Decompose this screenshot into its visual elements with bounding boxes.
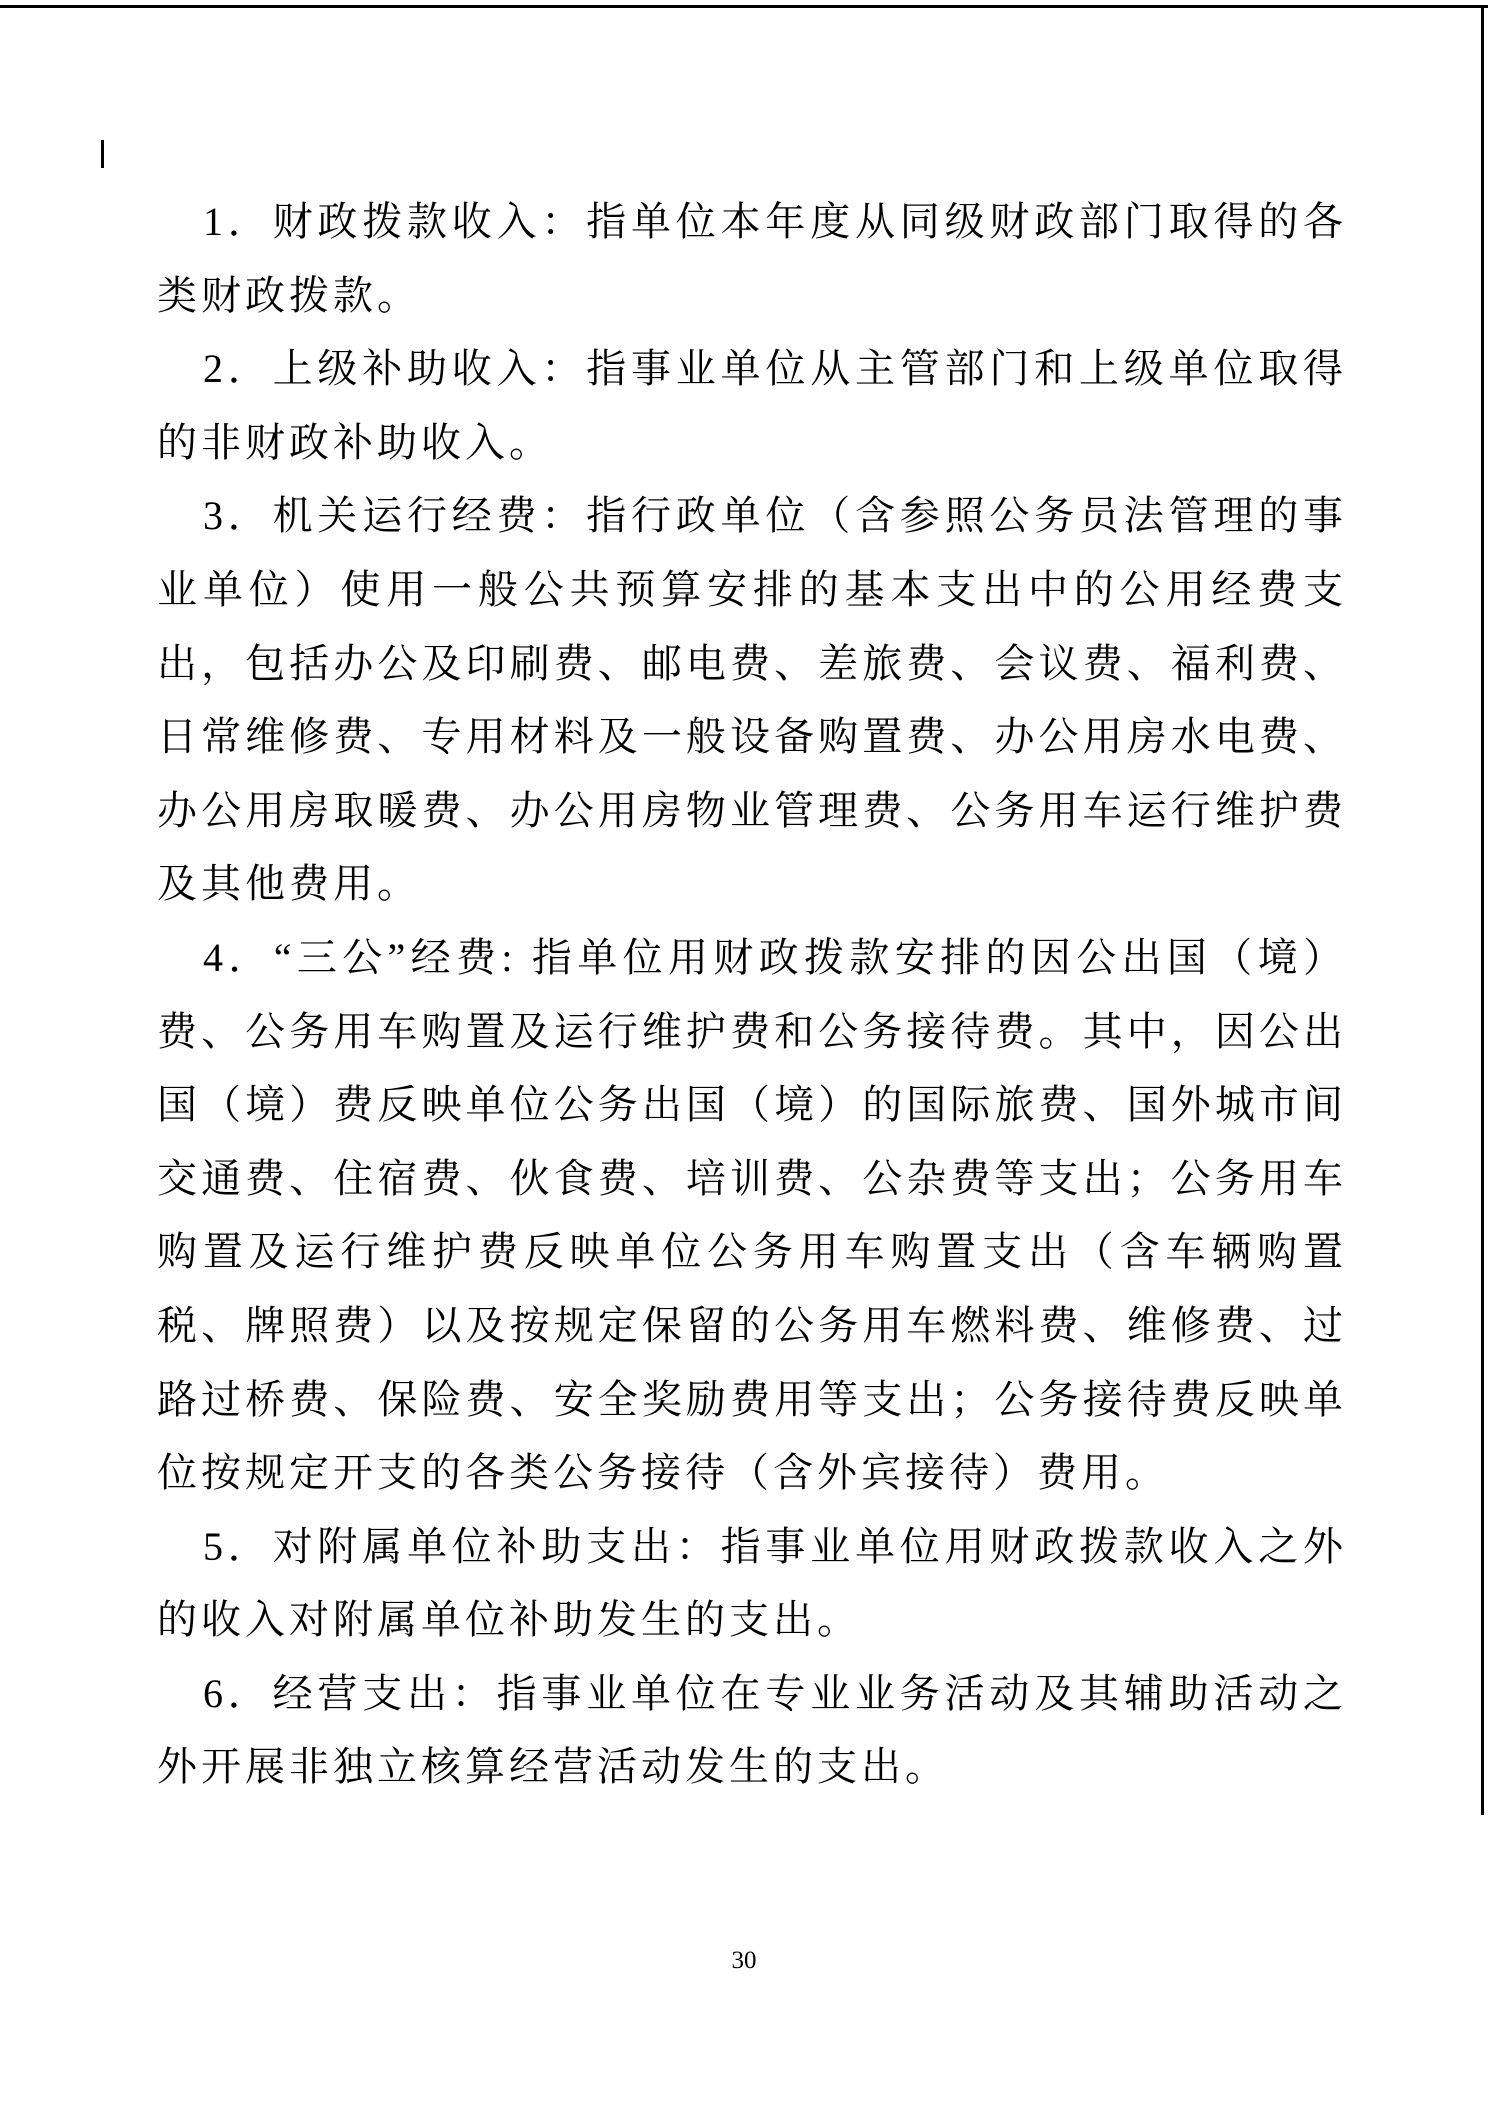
body-text: 1．财政拨款收入：指单位本年度从同级财政部门取得的各类财政拨款。 2．上级补助收… — [157, 185, 1347, 1804]
paragraph-operating-expenditure: 6．经营支出：指事业单位在专业业务活动及其辅助活动之外开展非独立核算经营活动发生… — [157, 1657, 1347, 1804]
document-page: 1．财政拨款收入：指单位本年度从同级财政部门取得的各类财政拨款。 2．上级补助收… — [0, 0, 1488, 2104]
paragraph-three-public-expenses: 4．“三公”经费: 指单位用财政拨款安排的因公出国（境）费、公务用车购置及运行维… — [157, 921, 1347, 1510]
paragraph-superior-subsidy-income: 2．上级补助收入：指事业单位从主管部门和上级单位取得的非财政补助收入。 — [157, 332, 1347, 479]
page-number: 30 — [0, 1946, 1488, 1976]
paragraph-agency-operating-expenses: 3．机关运行经费：指行政单位（含参照公务员法管理的事业单位）使用一般公共预算安排… — [157, 479, 1347, 921]
scan-artifact-mark — [101, 140, 104, 168]
page-right-border-line — [1481, 5, 1484, 1815]
paragraph-fiscal-appropriation-income: 1．财政拨款收入：指单位本年度从同级财政部门取得的各类财政拨款。 — [157, 185, 1347, 332]
paragraph-subsidy-to-affiliated-units: 5．对附属单位补助支出：指事业单位用财政拨款收入之外的收入对附属单位补助发生的支… — [157, 1510, 1347, 1657]
page-top-border-line — [0, 5, 1488, 8]
